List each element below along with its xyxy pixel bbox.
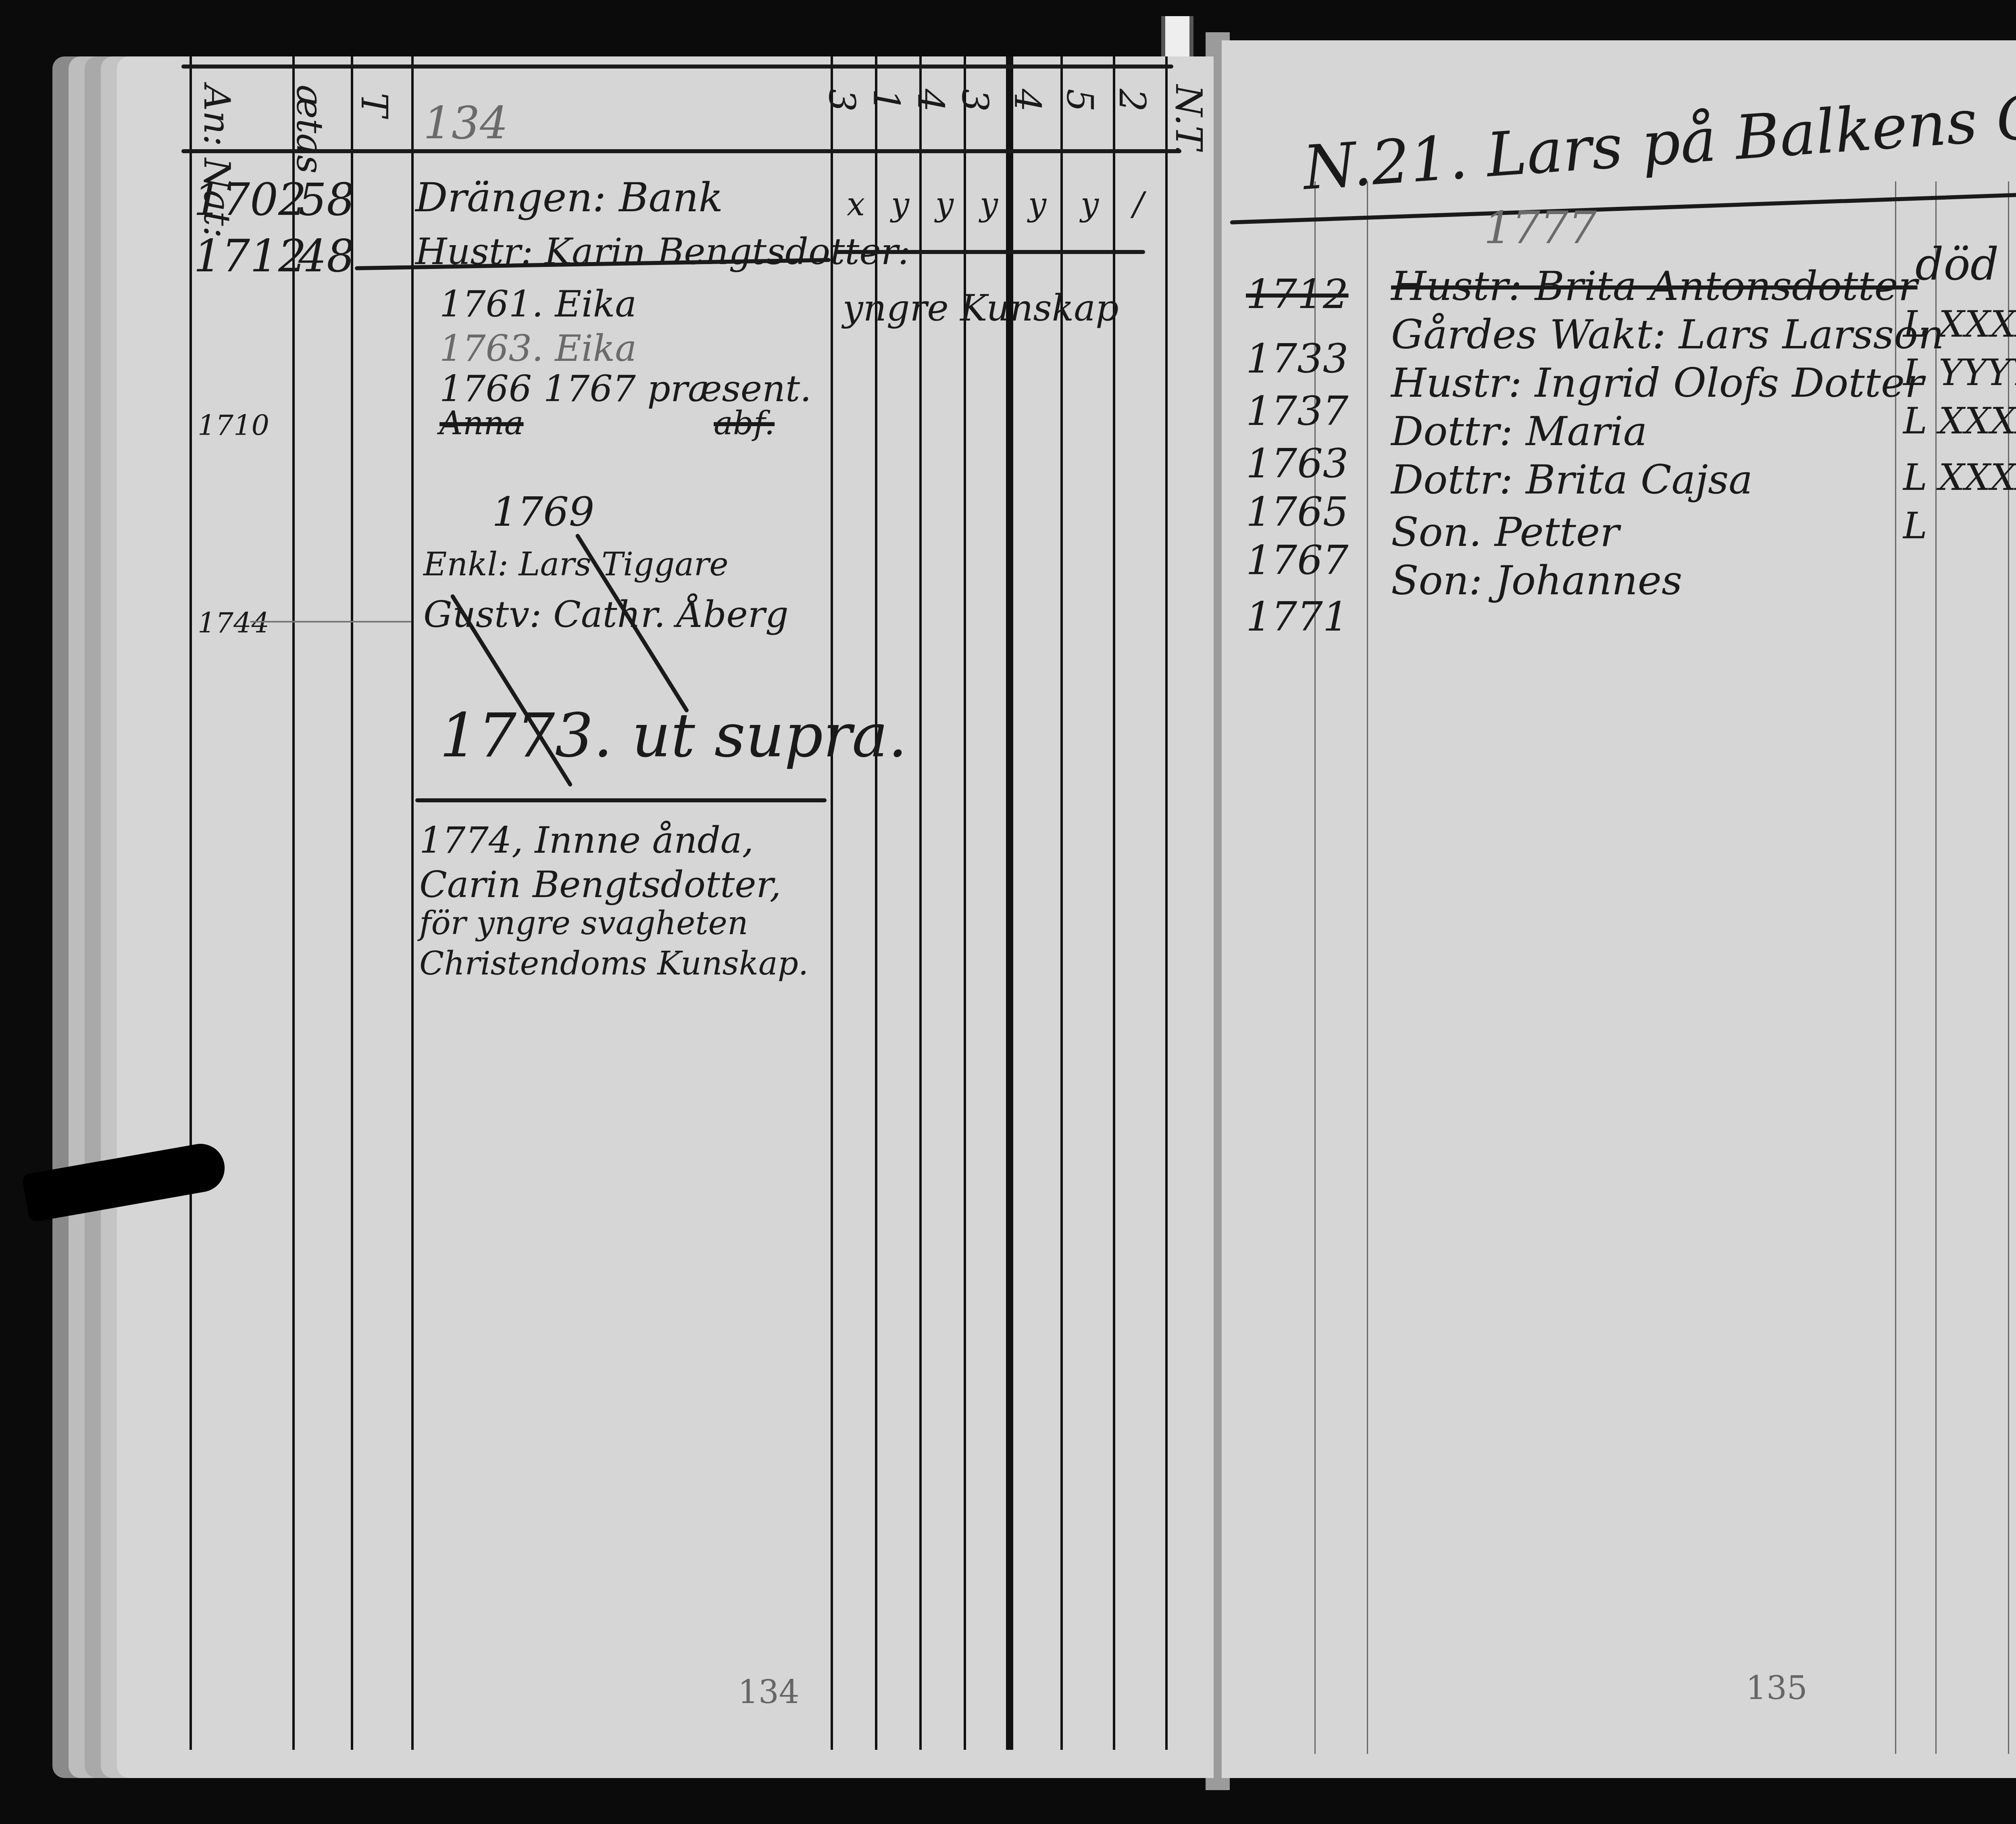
column-rule [292, 56, 295, 1750]
entry-year-crossed: 1769 [492, 492, 595, 532]
reading-mark: y [1081, 185, 1099, 223]
reading-marks: L [1903, 508, 1927, 544]
entry-name: Son: Johannes [1391, 560, 1682, 601]
header-mark-6: 5 [1058, 89, 1101, 112]
reading-mark: y [1028, 185, 1046, 223]
column-rule [351, 56, 353, 1750]
entry-year: 1771 [1246, 597, 1349, 637]
note-line: Carin Bengtsdotter, [419, 867, 781, 903]
reading-marks: L XXXXX [1903, 460, 2016, 496]
header-mark-3: 4 [909, 89, 952, 112]
column-rule [1165, 56, 1168, 1750]
entry-name: Dottr: Brita Cajsa [1391, 460, 1753, 500]
entry-name: Drängen: Bank [415, 177, 723, 218]
entry-name: Hustr: Ingrid Olofs Dotter [1391, 363, 1924, 403]
entry-note: yngre Kunskap [843, 290, 1119, 327]
entry-note: 1763. Eika [439, 331, 637, 367]
reading-mark: y [980, 185, 998, 223]
note-line: 1774, Innne ånda, [419, 822, 754, 859]
printed-page-number: 134 [738, 1673, 800, 1711]
reading-marks: L YYYY [1903, 355, 2016, 391]
left-page: An: Nat: ætas T 134 3 1 4 3 4 5 2 N.T. 1… [117, 56, 1214, 1778]
entry-name: Hustr: Brita Antonsdotter [1391, 266, 1918, 306]
note-line: Christendoms Kunskap. [419, 947, 808, 980]
header-mark-7: 2 [1111, 89, 1153, 112]
reading-mark: y [935, 185, 954, 223]
reading-marks: L XXXXX [1903, 306, 2016, 343]
entry-note: abf. [714, 407, 775, 439]
entry-year: 1763 [1246, 444, 1349, 484]
year-note: 1777 [1484, 206, 1597, 250]
entry-year: 1712 [194, 234, 306, 278]
note-line: för yngre svagheten [419, 907, 748, 939]
entry-year: 1710 [198, 411, 269, 439]
entry-year: 1767 [1246, 540, 1349, 581]
printed-page-number: 135 [1746, 1669, 1808, 1707]
column-rule [1895, 181, 1896, 1754]
entry-name: Son. Petter [1391, 512, 1619, 552]
entry-year: 1744 [198, 609, 269, 637]
header-age: ætas [288, 85, 331, 174]
pointer-line [250, 621, 411, 623]
entry-year: 1712 [1246, 274, 1349, 314]
header-nt: N.T. [1167, 85, 1210, 156]
header-mark-5: 4 [1006, 89, 1048, 112]
death-note: död 1779. [1915, 242, 2016, 286]
entry-name: Gårdes Wakt: Lars Larsson [1391, 314, 1944, 355]
header-mark-1: 3 [821, 89, 863, 112]
column-rule [190, 56, 192, 1750]
header-top-rule [181, 65, 1173, 69]
right-page: N.21. Lars på Balkens Gård 135. 1777 171… [1222, 40, 2016, 1778]
header-mark-4: 3 [954, 89, 996, 112]
entry-age: 58 [298, 177, 355, 222]
reading-mark: x [847, 185, 865, 223]
entry-name-crossed: Enkl: Lars Tiggare [423, 548, 729, 581]
reading-mark: / [1133, 185, 1144, 223]
entry-age: 48 [298, 234, 355, 278]
entry-year: 1733 [1246, 339, 1349, 379]
header-t: T [353, 93, 395, 117]
entry-year: 1702 [194, 177, 306, 222]
entry-note: 1766 1767 præsent. [439, 371, 812, 407]
entry-name: Anna [439, 407, 524, 439]
entry-year: 1765 [1246, 492, 1349, 532]
entry-note: 1761. Eika [439, 286, 637, 323]
entry-name: Dottr: Maria [1391, 411, 1647, 452]
column-rule [1367, 181, 1368, 1754]
header-bottom-rule [181, 149, 1181, 153]
handwritten-page-number: 134 [423, 101, 508, 145]
reading-marks: L XXXXX [1903, 403, 2016, 439]
column-rule [411, 56, 414, 1750]
strike-rule [835, 250, 1145, 254]
household-title: N.21. Lars på Balkens Gård [1301, 79, 2016, 199]
entry-name-crossed: Gustv: Cathr. Åberg [423, 597, 789, 633]
reading-mark: y [891, 185, 909, 223]
header-mark-2: 1 [865, 89, 907, 112]
column-rule [831, 56, 833, 1750]
section-rule [415, 798, 827, 802]
entry-year: 1737 [1246, 391, 1349, 431]
entry-note: 1773. ut supra. [439, 706, 907, 766]
